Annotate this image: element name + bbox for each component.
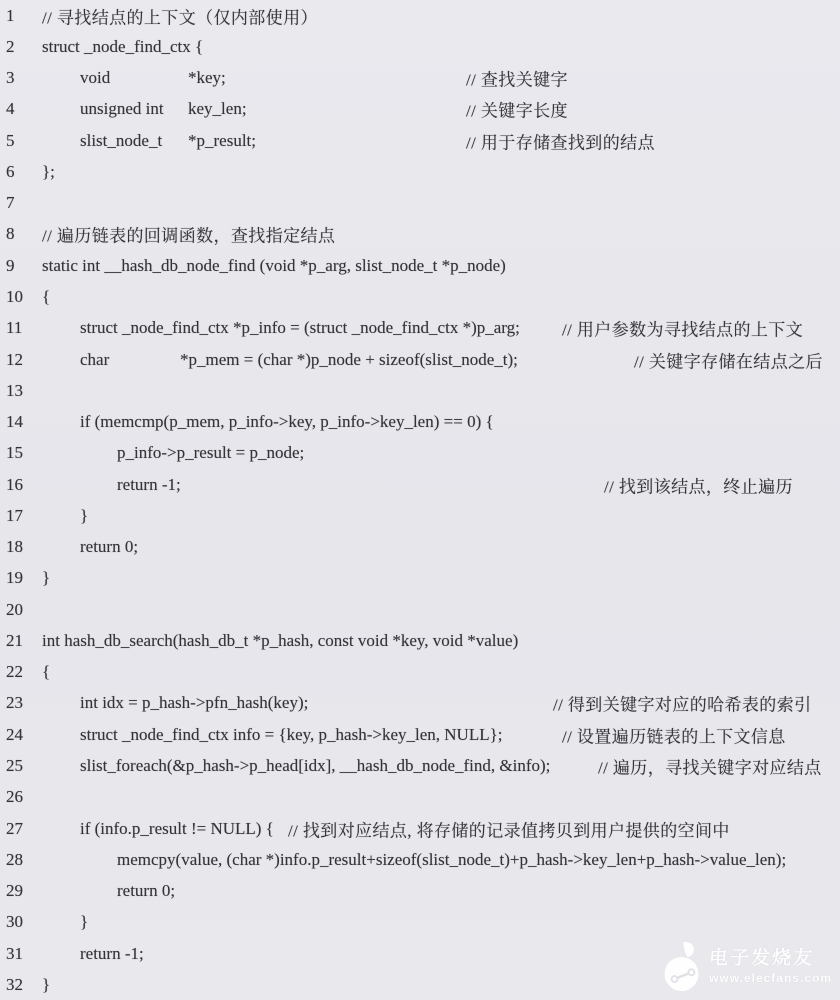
watermark: 电子发烧友 www.elecfans.com <box>664 940 832 992</box>
line-number: 26 <box>6 787 23 807</box>
line-number: 28 <box>6 850 23 870</box>
code-text: key_len; <box>188 99 247 119</box>
comment-text: // 用户参数为寻找结点的上下文 <box>562 316 803 341</box>
line-number: 3 <box>6 68 15 88</box>
code-text: return -1; <box>117 475 181 495</box>
code-line: 21int hash_db_search(hash_db_t *p_hash, … <box>0 625 840 656</box>
code-line: 2struct _node_find_ctx { <box>0 31 840 62</box>
code-line: 9static int __hash_db_node_find (void *p… <box>0 250 840 281</box>
code-text: slist_node_t <box>80 131 162 151</box>
code-text: return -1; <box>80 944 144 964</box>
code-text: char <box>80 350 109 370</box>
code-line: 18return 0; <box>0 532 840 563</box>
line-number: 23 <box>6 693 23 713</box>
comment-text: // 关键字长度 <box>466 97 568 122</box>
line-number: 8 <box>6 224 15 244</box>
code-line: 5slist_node_t*p_result;// 用于存储查找到的结点 <box>0 125 840 156</box>
line-number: 17 <box>6 506 23 526</box>
code-text: *key; <box>188 68 226 88</box>
line-number: 4 <box>6 99 15 119</box>
code-line: 25slist_foreach(&p_hash->p_head[idx], __… <box>0 750 840 781</box>
code-line: 29return 0; <box>0 875 840 906</box>
code-text: { <box>42 287 50 307</box>
scanned-code-page: 1// 寻找结点的上下文（仅内部使用）2struct _node_find_ct… <box>0 0 840 1000</box>
code-text: return 0; <box>117 881 175 901</box>
code-line: 11struct _node_find_ctx *p_info = (struc… <box>0 313 840 344</box>
comment-text: // 寻找结点的上下文（仅内部使用） <box>42 3 318 28</box>
line-number: 2 <box>6 37 15 57</box>
line-number: 29 <box>6 881 23 901</box>
code-text: struct _node_find_ctx *p_info = (struct … <box>80 318 520 338</box>
code-text: }; <box>42 162 55 182</box>
comment-text: // 遍历链表的回调函数，查找指定结点 <box>42 222 335 247</box>
line-number: 21 <box>6 631 23 651</box>
comment-text: // 得到关键字对应的哈希表的索引 <box>553 691 812 716</box>
comment-text: // 关键字存储在结点之后 <box>634 347 823 372</box>
line-number: 22 <box>6 662 23 682</box>
comment-text: // 找到该结点，终止遍历 <box>604 472 793 497</box>
code-line: 1// 寻找结点的上下文（仅内部使用） <box>0 0 840 31</box>
line-number: 15 <box>6 443 23 463</box>
code-line: 8// 遍历链表的回调函数，查找指定结点 <box>0 219 840 250</box>
line-number: 1 <box>6 6 15 26</box>
code-line: 27if (info.p_result != NULL) {// 找到对应结点,… <box>0 813 840 844</box>
code-line: 20 <box>0 594 840 625</box>
code-line: 19} <box>0 563 840 594</box>
line-number: 11 <box>6 318 22 338</box>
comment-text: // 用于存储查找到的结点 <box>466 128 655 153</box>
code-text: } <box>42 568 50 588</box>
code-text: } <box>80 912 88 932</box>
line-number: 20 <box>6 600 23 620</box>
line-number: 16 <box>6 475 23 495</box>
code-text: if (memcmp(p_mem, p_info->key, p_info->k… <box>80 412 494 432</box>
line-number: 25 <box>6 756 23 776</box>
code-text: memcpy(value, (char *)info.p_result+size… <box>117 850 786 870</box>
code-text: int hash_db_search(hash_db_t *p_hash, co… <box>42 631 518 651</box>
code-line: 10{ <box>0 281 840 312</box>
line-number: 31 <box>6 944 23 964</box>
line-number: 27 <box>6 819 23 839</box>
code-text: } <box>80 506 88 526</box>
code-line: 22{ <box>0 657 840 688</box>
code-text: { <box>42 662 50 682</box>
code-text: static int __hash_db_node_find (void *p_… <box>42 256 506 276</box>
code-listing: 1// 寻找结点的上下文（仅内部使用）2struct _node_find_ct… <box>0 0 840 1000</box>
code-line: 15p_info->p_result = p_node; <box>0 438 840 469</box>
code-line: 3void*key;// 查找关键字 <box>0 63 840 94</box>
code-text: int idx = p_hash->pfn_hash(key); <box>80 693 308 713</box>
code-line: 4unsigned intkey_len;// 关键字长度 <box>0 94 840 125</box>
line-number: 6 <box>6 162 15 182</box>
line-number: 5 <box>6 131 15 151</box>
line-number: 24 <box>6 725 23 745</box>
line-number: 13 <box>6 381 23 401</box>
code-text: } <box>42 975 50 995</box>
code-line: 28memcpy(value, (char *)info.p_result+si… <box>0 844 840 875</box>
code-line: 23int idx = p_hash->pfn_hash(key);// 得到关… <box>0 688 840 719</box>
comment-text: // 设置遍历链表的上下文信息 <box>562 722 786 747</box>
code-text: if (info.p_result != NULL) { <box>80 819 274 839</box>
line-number: 19 <box>6 568 23 588</box>
code-line: 12char*p_mem = (char *)p_node + sizeof(s… <box>0 344 840 375</box>
code-line: 24struct _node_find_ctx info = {key, p_h… <box>0 719 840 750</box>
code-text: struct _node_find_ctx { <box>42 37 203 57</box>
code-text: void <box>80 68 110 88</box>
line-number: 9 <box>6 256 15 276</box>
code-text: p_info->p_result = p_node; <box>117 443 304 463</box>
code-text: struct _node_find_ctx info = {key, p_has… <box>80 725 502 745</box>
line-number: 18 <box>6 537 23 557</box>
code-text: return 0; <box>80 537 138 557</box>
code-line: 30} <box>0 907 840 938</box>
code-text: unsigned int <box>80 99 164 119</box>
line-number: 14 <box>6 412 23 432</box>
watermark-url: www.elecfans.com <box>709 972 832 984</box>
code-line: 7 <box>0 188 840 219</box>
code-text: *p_result; <box>188 131 256 151</box>
comment-text: // 遍历，寻找关键字对应结点 <box>598 754 822 779</box>
line-number: 30 <box>6 912 23 932</box>
watermark-text: 电子发烧友 www.elecfans.com <box>709 949 832 984</box>
comment-text: // 找到对应结点, 将存储的记录值拷贝到用户提供的空间中 <box>288 816 730 841</box>
line-number: 32 <box>6 975 23 995</box>
line-number: 7 <box>6 193 15 213</box>
code-text: *p_mem = (char *)p_node + sizeof(slist_n… <box>180 350 518 370</box>
code-line: 17} <box>0 500 840 531</box>
code-line: 6}; <box>0 156 840 187</box>
code-line: 16return -1;// 找到该结点，终止遍历 <box>0 469 840 500</box>
line-number: 12 <box>6 350 23 370</box>
code-line: 26 <box>0 782 840 813</box>
comment-text: // 查找关键字 <box>466 66 568 91</box>
elecfans-logo-icon <box>664 940 702 992</box>
code-line: 14if (memcmp(p_mem, p_info->key, p_info-… <box>0 406 840 437</box>
code-text: slist_foreach(&p_hash->p_head[idx], __ha… <box>80 756 550 776</box>
line-number: 10 <box>6 287 23 307</box>
watermark-brand: 电子发烧友 <box>708 949 814 969</box>
code-line: 13 <box>0 375 840 406</box>
